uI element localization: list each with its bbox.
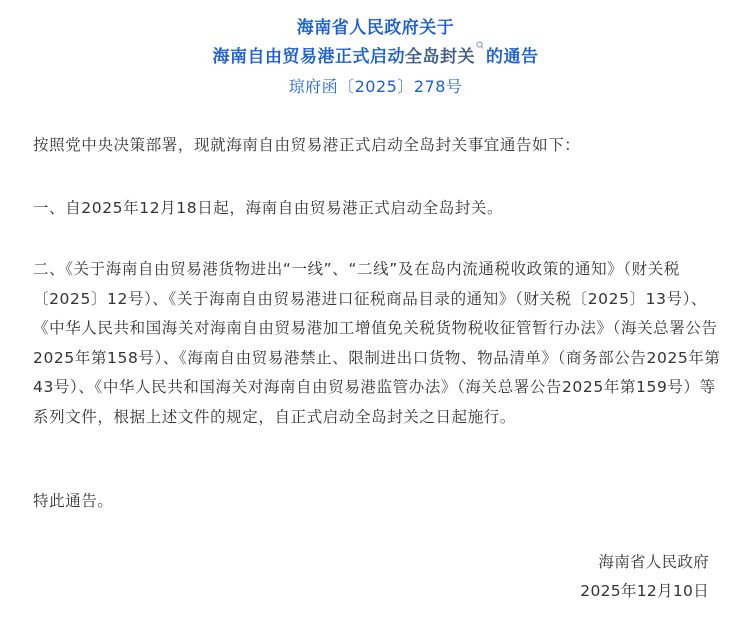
document-number: 琼府函〔2025〕278号 <box>0 72 751 101</box>
closing-paragraph: 特此通告。 <box>33 487 723 517</box>
title-line-1: 海南省人民政府关于 <box>0 14 751 43</box>
signature-organization: 海南省人民政府 <box>598 548 709 577</box>
keyword-link-island-closure[interactable]: 全岛封关 <box>405 47 475 67</box>
item-one-paragraph: 一、自2025年12月18日起，海南自由贸易港正式启动全岛封关。 <box>33 194 723 224</box>
search-icon[interactable] <box>476 43 484 55</box>
title-line-2-suffix: 的通告 <box>486 47 539 67</box>
signature-date: 2025年12月10日 <box>580 577 709 606</box>
title-line-2-prefix: 海南自由贸易港正式启动 <box>213 47 406 67</box>
title-line-2: 海南自由贸易港正式启动全岛封关的通告 <box>0 43 751 72</box>
item-two-paragraph: 二、《关于海南自由贸易港货物进出“一线”、“二线”及在岛内流通税收政策的通知》（… <box>33 255 723 432</box>
intro-paragraph: 按照党中央决策部署，现就海南自由贸易港正式启动全岛封关事宜通告如下： <box>33 131 723 161</box>
